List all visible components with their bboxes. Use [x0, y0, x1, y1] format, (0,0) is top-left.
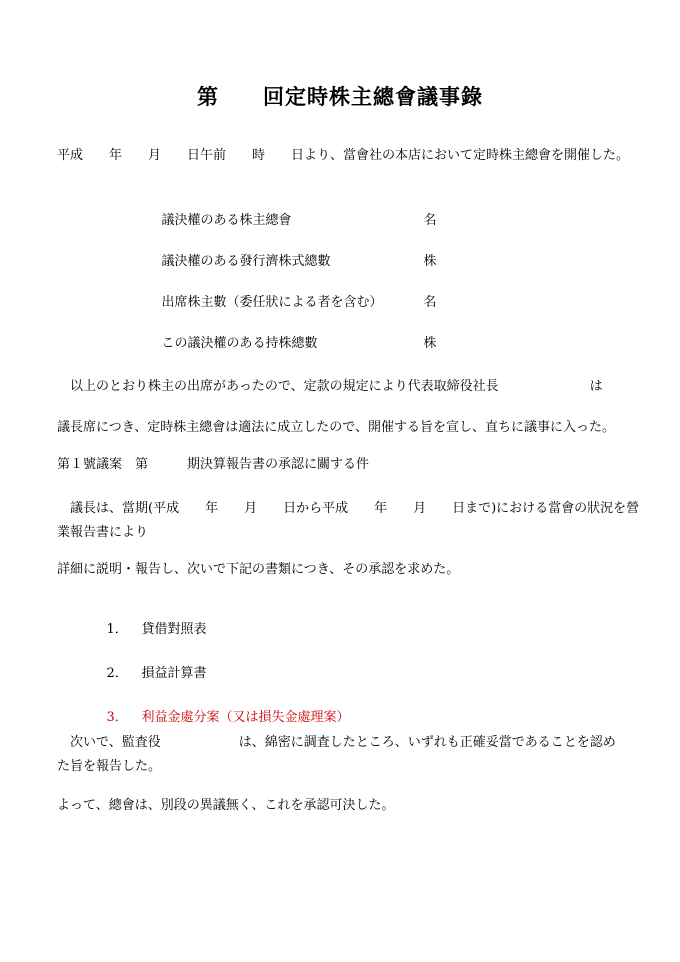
attendance-label: この議決權のある持株總數 [162, 335, 424, 352]
list-item-text: 利益金處分案（又は損失金處理案） [142, 710, 350, 725]
list-item-number: 3． [107, 709, 142, 726]
report-paragraph-line1: 議長は、當期(平成 年 月 日から平成 年 月 日まで)における當會の狀況を營 [57, 500, 639, 517]
opening-paragraph-line1: 以上のとおり株主の出席があったので、定款の規定により代表取締役社長 は [57, 378, 603, 395]
agenda-heading: 第１號議案 第 期決算報告書の承認に關する件 [57, 456, 369, 473]
list-item-text: 貸借對照表 [142, 622, 207, 637]
attendance-unit: 名 [424, 295, 437, 310]
intro-line: 平成 年 月 日午前 時 日より、當會社の本店において定時株主總會を開催した。 [57, 147, 629, 164]
report-paragraph-line2: 業報告書により [57, 524, 148, 541]
attendance-label: 議決權のある發行濟株式總數 [162, 253, 424, 270]
auditor-paragraph-line1: 次いで、監査役 は、綿密に調査したところ、いずれも正確妥當であることを認め [57, 734, 616, 751]
list-item-number: 1． [107, 621, 142, 638]
list-item-text: 損益計算書 [142, 666, 207, 681]
document-page: 第 回定時株主總會議事錄 平成 年 月 日午前 時 日より、當會社の本店において… [0, 0, 680, 962]
opening-paragraph-line2: 議長席につき、定時株主總會は適法に成立したので、開催する旨を宣し、直ちに議事に入… [57, 419, 615, 436]
resolution-line: よって、總會は、別段の異議無く、これを承認可決した。 [57, 797, 394, 814]
attendance-unit: 名 [424, 213, 437, 228]
attendance-label: 出席株主數（委任狀による者を含む） [162, 294, 424, 311]
auditor-paragraph-line2: た旨を報告した。 [57, 758, 161, 775]
document-title: 第 回定時株主總會議事錄 [0, 84, 680, 110]
attendance-unit: 株 [424, 336, 437, 351]
attendance-label: 議決權のある株主總會 [162, 212, 424, 229]
approval-request-line: 詳細に説明・報告し、次いで下記の書類につき、その承認を求めた。 [57, 561, 459, 578]
attendance-row: この議決權のある持株總數株 [145, 318, 437, 369]
attendance-unit: 株 [424, 254, 437, 269]
list-item-number: 2． [107, 665, 142, 682]
